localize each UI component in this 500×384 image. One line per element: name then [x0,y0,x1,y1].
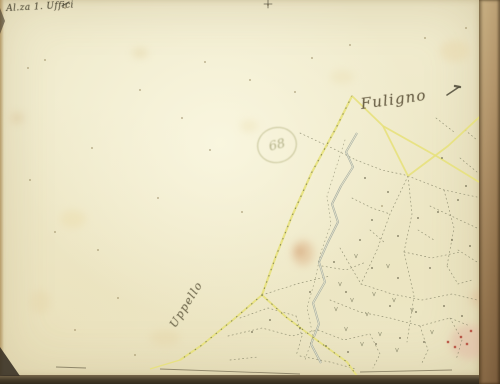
parcel-boundary [404,176,414,342]
sprig-mark [366,312,369,316]
red-building-mark [460,336,462,338]
foxing-speck [27,67,29,69]
foxing-speck [54,231,56,233]
paper-edge-bottom [0,375,479,384]
paper-edge-left [0,0,4,376]
parcel-dot [299,327,301,329]
paper-stain [450,325,479,359]
neatline [56,367,86,368]
foxing-speck [249,79,251,81]
parcel-boundary [447,266,472,284]
paper-stain [10,112,24,124]
foxing-speck [74,329,76,331]
parcel-dot [457,199,459,201]
foxing-speck [241,211,243,213]
foxing-speck [424,37,426,39]
foxing-speck [209,149,211,151]
parcel-dot [399,337,401,339]
sprig-mark [379,332,382,336]
river-line [311,133,357,363]
foxing-speck [204,61,206,63]
parcel-boundary [465,130,477,140]
parcel-boundary [460,158,477,172]
red-building-mark [454,346,456,348]
foxing-speck [91,147,93,149]
foxing-speck [139,89,141,91]
paper-stain [30,290,50,314]
parcel-dot [397,277,399,279]
sprig-mark [361,342,364,346]
parcel-dot [389,305,391,307]
pen-mark [455,86,460,87]
map-scan: Fuligno Uppello Al.za 1. Uffici 68 [0,0,500,384]
parcel-boundary [420,326,428,365]
paper-stain [296,247,304,256]
paper-stain [150,330,180,346]
sprig-mark [345,327,348,331]
sprig-mark [335,307,338,311]
parcel-dot [451,239,453,241]
parcel-boundary [370,334,380,368]
parcel-boundary [458,250,477,262]
parcel-dot [415,311,417,313]
parcel-dot [437,211,439,213]
foxing-speck [117,297,119,299]
road-line [262,295,357,376]
parcel-dot [309,291,311,293]
sprig-mark [393,298,396,302]
sprig-mark [355,254,358,258]
parcel-boundary [356,160,405,175]
parcel-dot [269,319,271,321]
parcel-dot [371,267,373,269]
paper-stain [330,70,354,84]
foxing-speck [29,179,31,181]
parcel-boundary [230,357,258,360]
parcel-dot [387,191,389,193]
foxing-speck [97,249,99,251]
parcel-boundary [240,308,296,318]
parcel-boundary [340,248,361,284]
parcel-dot [251,331,253,333]
parcel-dot [347,351,349,353]
map-paper: Fuligno Uppello Al.za 1. Uffici 68 [0,0,479,376]
parcel-dot [469,245,471,247]
foxing-speck [349,44,351,46]
parcel-boundary [430,206,477,228]
paper-stain [60,210,86,228]
foxing-speck [465,27,467,29]
neatline [360,370,452,372]
sprig-mark [351,298,354,302]
paper-stain [240,120,258,132]
neatline [160,369,300,374]
paper-stain [470,290,479,306]
parcel-boundary [361,176,408,284]
parcel-dot [364,177,366,179]
parcel-dot [443,305,445,307]
parcel-dot [371,219,373,221]
parcel-dot [429,267,431,269]
sprig-mark [396,348,399,352]
red-building-mark [470,330,472,332]
foxing-speck [157,197,159,199]
parcel-boundary [370,230,384,242]
sprig-mark [373,292,376,296]
parcel-dot [465,185,467,187]
paper-stain [132,48,148,58]
parcel-boundary [330,300,390,318]
foxing-speck [381,205,383,207]
map-linework [0,0,479,376]
parcel-boundary [418,230,434,240]
red-building-mark [447,341,449,343]
parcel-dot [423,341,425,343]
sprig-mark [387,264,390,268]
road-line [150,360,180,369]
parcel-dot [397,235,399,237]
ink-stamp-number: 68 [267,136,287,155]
parcel-boundary [361,284,477,300]
parcel-boundary [404,252,460,258]
foxing-speck [134,354,136,356]
parcel-dot [441,157,443,159]
parcel-boundary [390,318,470,326]
parcel-boundary [352,198,390,214]
parcel-dot [333,261,335,263]
paper-edge-right [479,0,500,384]
parcel-boundary [296,316,302,356]
parcel-boundary [322,262,366,270]
foxing-speck [311,57,313,59]
parcel-boundary [318,330,370,340]
pen-mark [447,87,459,95]
foxing-speck [44,59,46,61]
parcel-dot [417,217,419,219]
red-building-mark [466,343,468,345]
foxing-speck [294,91,296,93]
sprig-mark [339,282,342,286]
parcel-dot [375,343,377,345]
parcel-dot [359,239,361,241]
parcel-dot [345,291,347,293]
parcel-boundary [436,118,454,132]
foxing-speck [181,117,183,119]
parcel-dot [461,315,463,317]
parcel-dot [325,345,327,347]
paper-stain [440,40,470,62]
sprig-mark [431,330,434,334]
road-line [408,98,479,176]
